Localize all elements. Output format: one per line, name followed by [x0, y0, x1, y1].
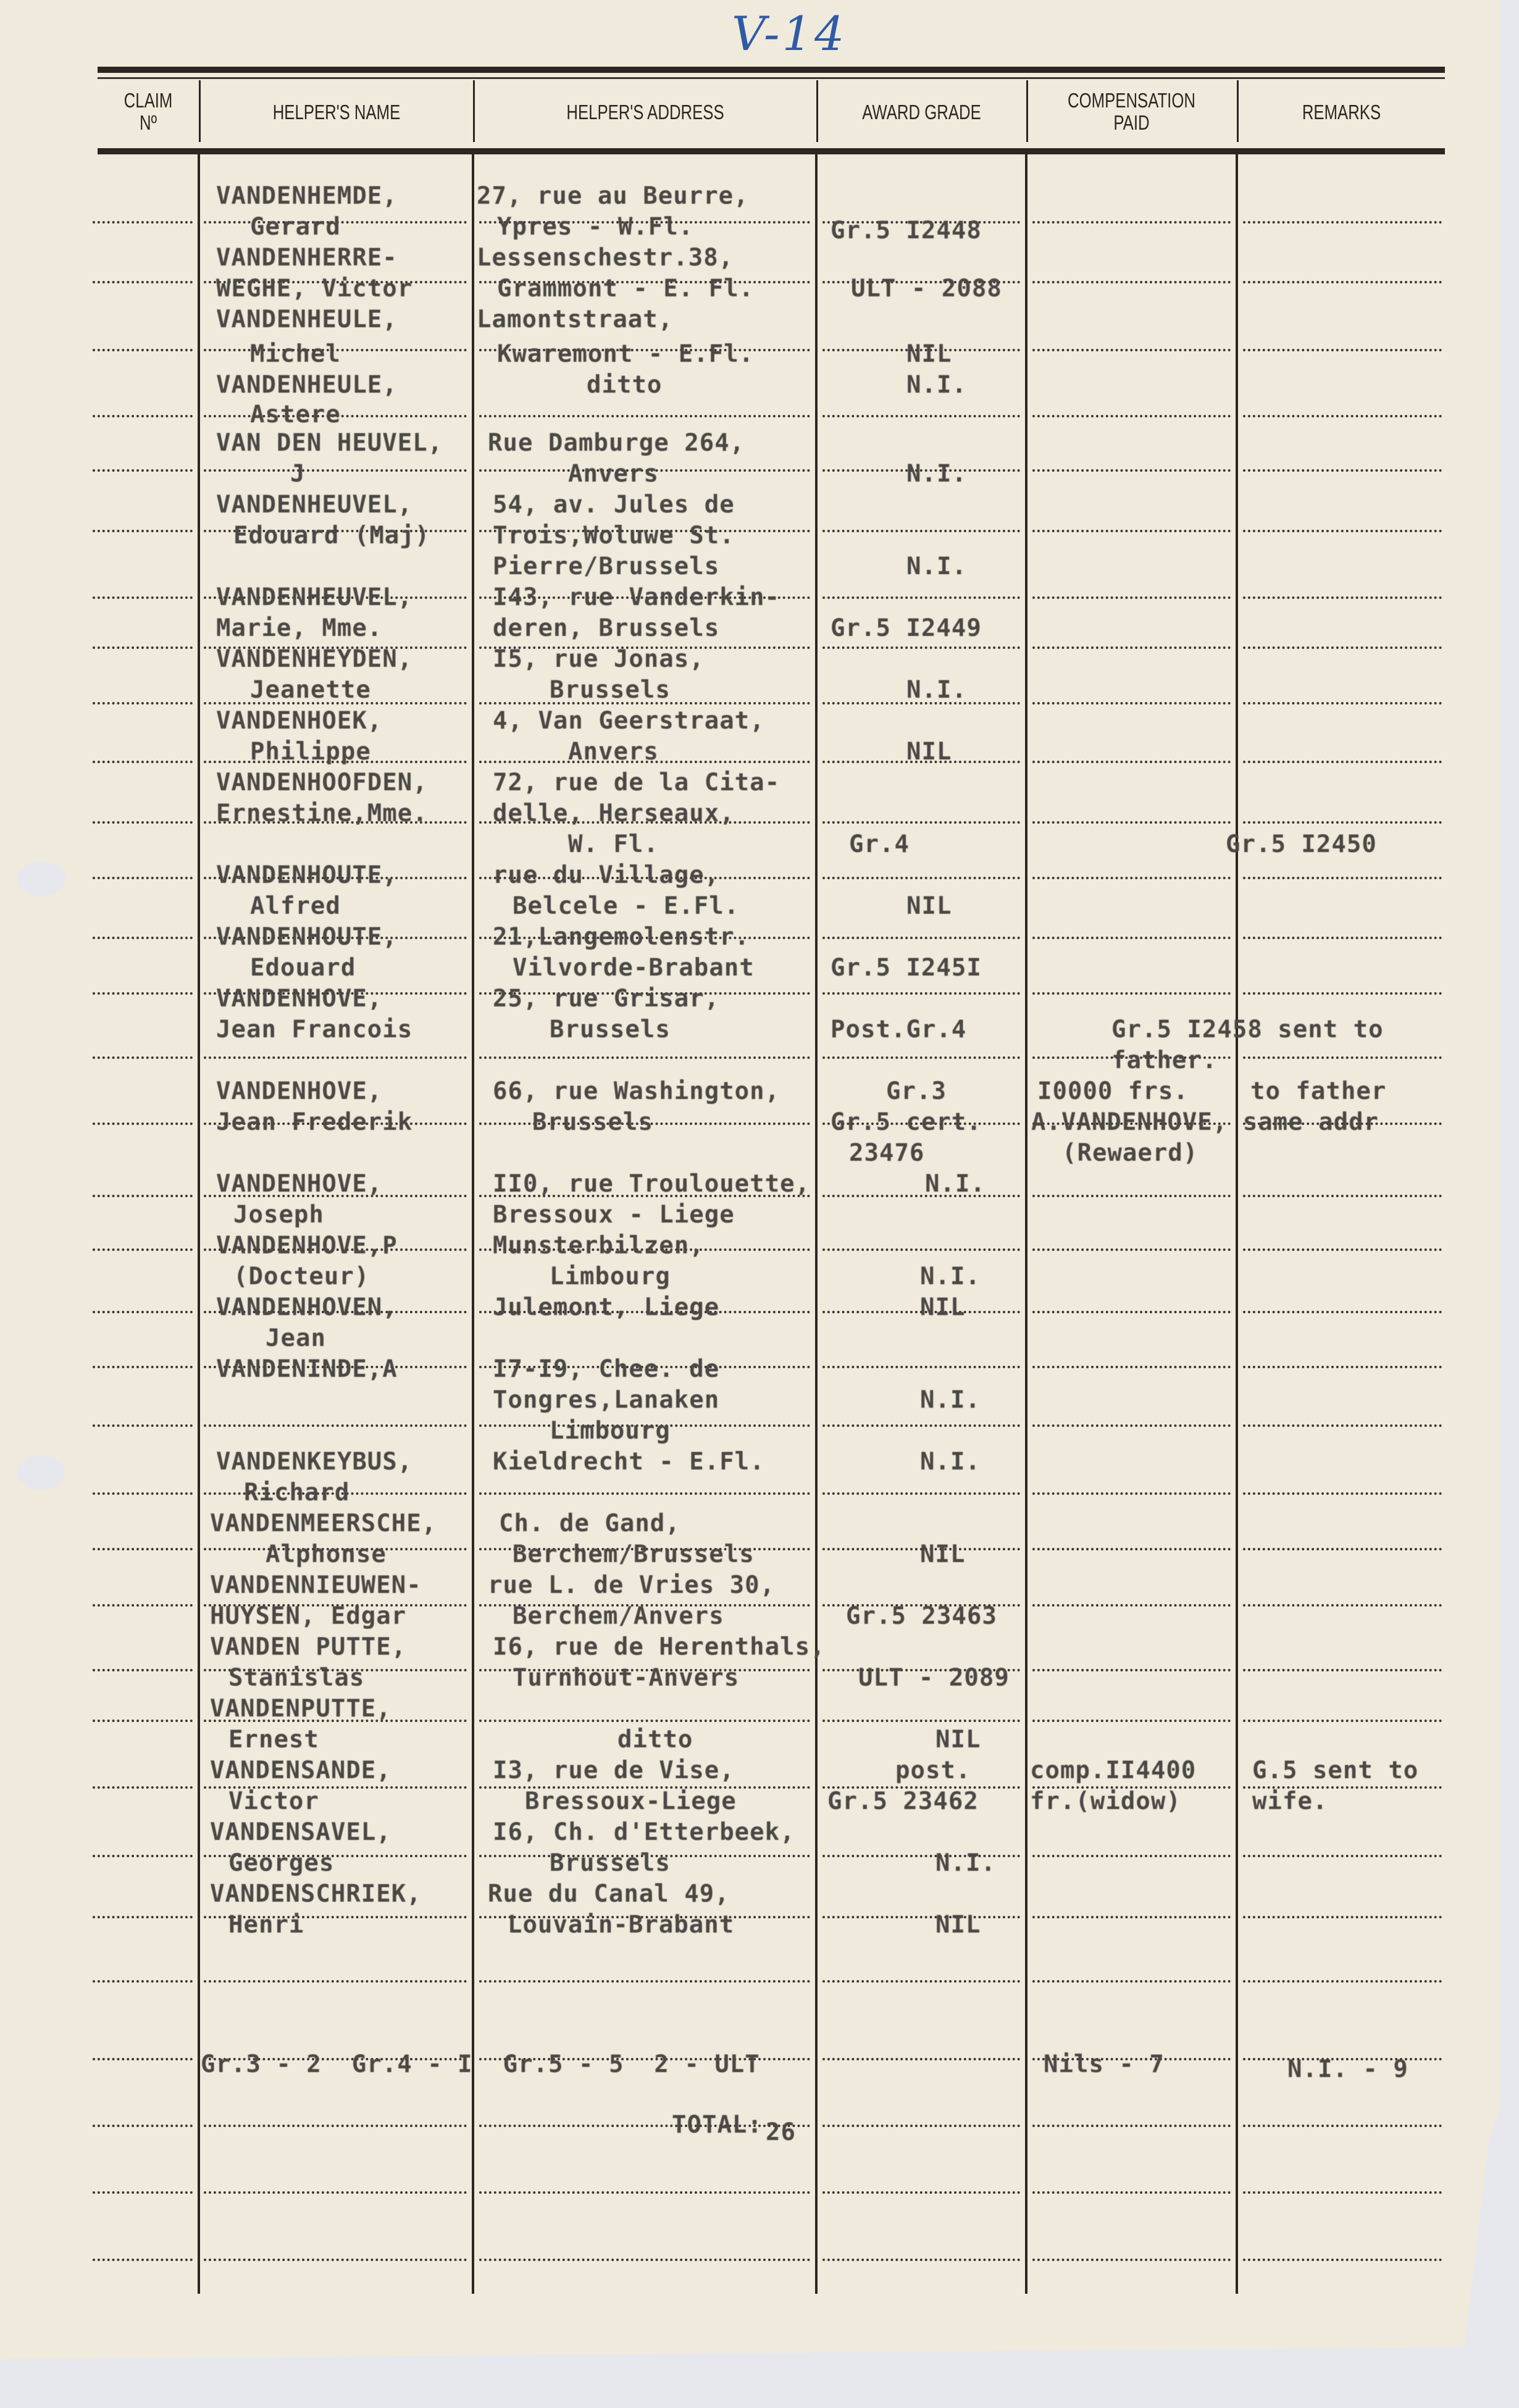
dotted-row-rule — [93, 1855, 193, 1857]
entry-name: Michel — [250, 341, 341, 368]
header-divider — [816, 80, 818, 142]
entry-name: VANDENHEYDEN, — [216, 646, 412, 673]
dotted-row-rule — [93, 1786, 193, 1789]
dotted-row-rule — [1032, 1855, 1231, 1857]
entry-name: Georges — [228, 1850, 334, 1877]
dotted-row-rule — [93, 646, 193, 649]
dotted-row-rule — [93, 2191, 193, 2194]
entry-address: 25, rue Grisar, — [493, 985, 719, 1013]
dotted-row-rule — [822, 646, 1020, 649]
entry-address: Louvain-Brabant — [508, 1912, 734, 1939]
dotted-row-rule — [93, 1195, 193, 1197]
entry-name: VANDENHEULE, — [216, 372, 398, 399]
dotted-row-rule — [479, 2191, 810, 2194]
entry-name: VANDEN PUTTE, — [210, 1634, 406, 1661]
entry-name: Joseph — [233, 1202, 324, 1229]
dotted-row-rule — [1032, 1604, 1231, 1607]
dotted-row-rule — [1032, 1195, 1231, 1197]
entry-remarks: wife. — [1252, 1788, 1328, 1815]
entry-award: Gr.5 cert. — [831, 1109, 982, 1136]
entry-address: Brussels — [550, 1850, 671, 1877]
entry-name: VANDENHOOFDEN, — [216, 769, 428, 796]
dotted-row-rule — [1243, 821, 1442, 824]
dotted-row-rule — [1032, 821, 1231, 824]
entry-address: ditto — [587, 372, 662, 399]
entry-address: II0, rue Troulouette, — [493, 1171, 810, 1198]
dotted-row-rule — [1243, 221, 1442, 224]
dotted-row-rule — [822, 1248, 1020, 1251]
entry-address: I7-I9, Chee. de — [493, 1356, 719, 1383]
entry-address: Ypres - W.Fl. — [497, 214, 693, 241]
column-divider — [1025, 151, 1027, 2294]
dotted-row-rule — [93, 1980, 193, 1983]
entry-address: ditto — [617, 1726, 693, 1754]
dotted-row-rule — [93, 1492, 193, 1495]
entry-award: N.I. — [935, 1850, 996, 1877]
dotted-row-rule — [822, 1980, 1020, 1983]
entry-address: I6, rue de Herenthals, — [493, 1634, 826, 1661]
entry-award: N.I. — [906, 677, 967, 704]
entry-address: Turnhout-Anvers — [513, 1665, 739, 1692]
dotted-row-rule — [204, 2125, 467, 2127]
dotted-row-rule — [1243, 1548, 1442, 1550]
dotted-row-rule — [204, 1424, 467, 1427]
dotted-row-rule — [1032, 1248, 1231, 1251]
dotted-row-rule — [1243, 1056, 1442, 1059]
dotted-row-rule — [93, 877, 193, 879]
dotted-row-rule — [822, 1492, 1020, 1495]
dotted-row-rule — [1243, 281, 1442, 283]
entry-award: 23476 — [849, 1140, 924, 1167]
entry-award: Gr.5 I2449 — [831, 615, 982, 642]
entry-award: ULT - 2089 — [858, 1665, 1010, 1692]
dotted-row-rule — [1243, 1248, 1442, 1251]
dotted-row-rule — [1243, 1424, 1442, 1427]
dotted-row-rule — [1032, 221, 1231, 224]
header-divider — [199, 80, 201, 142]
dotted-row-rule — [1032, 349, 1231, 351]
entry-award: NIL — [935, 1912, 981, 1939]
entry-address: Brussels — [550, 677, 671, 704]
entry-address: 21,Langemolenstr. — [493, 924, 750, 951]
dotted-row-rule — [93, 1720, 193, 1722]
entry-remarks: Gr.5 I2450 — [1226, 831, 1377, 858]
dotted-row-rule — [93, 1604, 193, 1607]
dotted-row-rule — [93, 2058, 193, 2060]
entry-name: VANDENNIEUWEN- — [210, 1572, 422, 1599]
dotted-row-rule — [93, 992, 193, 995]
entry-address: Limbourg — [550, 1418, 671, 1445]
entry-name: Ernest — [228, 1726, 319, 1754]
entry-award: Gr.4 — [849, 831, 910, 858]
dotted-row-rule — [1032, 1916, 1231, 1918]
dotted-row-rule — [93, 2259, 193, 2261]
entry-address: 4, Van Geerstraat, — [493, 708, 765, 735]
entry-name: Jean — [266, 1325, 326, 1352]
dotted-row-rule — [1032, 1366, 1231, 1368]
dotted-row-rule — [1032, 761, 1231, 763]
col-header-compensation-text: COMPENSATION PAID — [1068, 89, 1195, 134]
dotted-row-rule — [1032, 1492, 1231, 1495]
entry-address: Bressoux-Liege — [525, 1788, 737, 1815]
entry-address: 27, rue au Beurre, — [477, 183, 749, 210]
dotted-row-rule — [1243, 992, 1442, 995]
entry-award: Gr.5 23462 — [827, 1788, 979, 1815]
dotted-row-rule — [1243, 415, 1442, 417]
entry-name: VANDENSANDE, — [210, 1757, 391, 1784]
dotted-row-rule — [1243, 761, 1442, 763]
dotted-row-rule — [1243, 469, 1442, 472]
entry-remarks: Gr.5 I2458 sent to — [1111, 1016, 1384, 1043]
dotted-row-rule — [822, 877, 1020, 879]
dotted-row-rule — [822, 1195, 1020, 1197]
entry-name: VANDENHOVE,P — [216, 1232, 398, 1260]
entry-address: Tongres,Lanaken — [493, 1387, 719, 1414]
entry-name: VANDENHEMDE, — [216, 183, 398, 210]
dotted-row-rule — [1243, 1980, 1442, 1983]
entry-award: Gr.5 I245I — [831, 955, 982, 982]
dotted-row-rule — [1032, 530, 1231, 532]
dotted-row-rule — [822, 415, 1020, 417]
dotted-row-rule — [1032, 281, 1231, 283]
col-header-name: HELPER'S NAME — [230, 101, 442, 123]
header-divider — [1237, 80, 1239, 142]
entry-address: Belcele - E.Fl. — [513, 893, 739, 920]
dotted-row-rule — [822, 1366, 1020, 1368]
dotted-row-rule — [1243, 2259, 1442, 2261]
entry-name: Marie, Mme. — [216, 615, 382, 642]
entry-compensation: (Rewaerd) — [1062, 1140, 1198, 1167]
dotted-row-rule — [93, 1669, 193, 1671]
entry-name: Alfred — [250, 893, 341, 920]
dotted-row-rule — [93, 1548, 193, 1550]
dotted-row-rule — [93, 596, 193, 599]
entry-address: rue L. de Vries 30, — [488, 1572, 775, 1599]
entry-address: Berchem/Brussels — [513, 1541, 755, 1568]
entry-name: Jean Francois — [216, 1016, 412, 1043]
total-label: TOTAL: — [672, 2112, 763, 2139]
entry-compensation: A.VANDENHOVE, same addr — [1031, 1109, 1379, 1136]
entry-name: WEGHE, Victor — [216, 275, 412, 303]
entry-award: N.I. — [906, 461, 967, 488]
entry-name: VANDENHOVE, — [216, 1078, 382, 1105]
entry-address: Trois,Woluwe St. — [493, 522, 735, 550]
dotted-row-rule — [93, 1916, 193, 1918]
dotted-row-rule — [822, 2191, 1020, 2194]
dotted-row-rule — [822, 1916, 1020, 1918]
dotted-row-rule — [1243, 1311, 1442, 1313]
dotted-row-rule — [1243, 877, 1442, 879]
entry-name: Gerard — [250, 214, 341, 241]
entry-address: Pierre/Brussels — [493, 553, 719, 580]
dotted-row-rule — [479, 1056, 810, 1059]
dotted-row-rule — [93, 530, 193, 532]
dotted-row-rule — [1243, 1366, 1442, 1368]
entry-award: NIL — [920, 1541, 965, 1568]
dotted-row-rule — [93, 349, 193, 351]
dotted-row-rule — [479, 415, 810, 417]
dotted-row-rule — [1032, 1720, 1231, 1722]
entry-name: HUYSEN, Edgar — [210, 1603, 406, 1630]
col-header-award-grade: AWARD GRADE — [841, 101, 1002, 123]
summary-nils: Nils - 7 — [1044, 2051, 1165, 2078]
dotted-row-rule — [822, 2259, 1020, 2261]
entry-address: Anvers — [568, 461, 659, 488]
dotted-row-rule — [1032, 1311, 1231, 1313]
entry-award: N.I. — [920, 1449, 981, 1476]
summary-ni: N.I. - 9 — [1287, 2056, 1408, 2083]
column-divider — [472, 151, 474, 2294]
column-divider — [1236, 151, 1238, 2294]
dotted-row-rule — [93, 1311, 193, 1313]
entry-remarks: G.5 sent to — [1252, 1757, 1418, 1784]
entry-address: rue du Village, — [493, 862, 719, 889]
entry-address: I6, Ch. d'Etterbeek, — [493, 1819, 795, 1846]
dotted-row-rule — [822, 530, 1020, 532]
dotted-row-rule — [1032, 415, 1231, 417]
dotted-row-rule — [479, 1720, 810, 1722]
entry-name: Philippe — [250, 738, 371, 766]
entry-name: VAN DEN HEUVEL, — [216, 430, 443, 457]
entry-address: Brussels — [550, 1016, 671, 1043]
entry-name: VANDENHOVE, — [216, 1171, 382, 1198]
entry-address: Bressoux - Liege — [493, 1202, 735, 1229]
summary-grade-counts: Gr.3 - 2 Gr.4 - I Gr.5 - 5 2 - ULT — [201, 2051, 760, 2078]
dotted-row-rule — [204, 2191, 467, 2194]
entry-award: N.I. — [925, 1171, 985, 1198]
dotted-row-rule — [93, 1424, 193, 1427]
entry-name: VANDENINDE,A — [216, 1356, 398, 1383]
column-divider — [815, 151, 818, 2294]
page-mark: V-14 — [732, 6, 847, 61]
dotted-row-rule — [822, 596, 1020, 599]
entry-name: Victor — [228, 1788, 319, 1815]
dotted-row-rule — [1243, 349, 1442, 351]
punch-hole — [17, 861, 65, 896]
entry-award: Gr.5 23463 — [846, 1603, 997, 1630]
entry-name: Ernestine,Mme. — [216, 800, 428, 827]
dotted-row-rule — [1243, 2191, 1442, 2194]
dotted-row-rule — [1243, 1720, 1442, 1722]
dotted-row-rule — [1032, 702, 1231, 704]
dotted-row-rule — [479, 2259, 810, 2261]
dotted-row-rule — [93, 281, 193, 283]
entry-address: W. Fl. — [568, 831, 659, 858]
dotted-row-rule — [93, 1248, 193, 1251]
dotted-row-rule — [204, 2259, 467, 2261]
entry-address: Brussels — [532, 1109, 653, 1136]
dotted-row-rule — [1243, 1492, 1442, 1495]
dotted-row-rule — [479, 1492, 810, 1495]
dotted-row-rule — [822, 821, 1020, 824]
entry-name: Stanislas — [228, 1665, 364, 1692]
dotted-row-rule — [1243, 530, 1442, 532]
entry-address: Rue du Canal 49, — [488, 1881, 730, 1908]
dotted-row-rule — [822, 1056, 1020, 1059]
entry-address: 66, rue Washington, — [493, 1078, 780, 1105]
dotted-row-rule — [93, 821, 193, 824]
dotted-row-rule — [204, 1056, 467, 1059]
dotted-row-rule — [822, 1720, 1020, 1722]
header-divider — [1026, 80, 1028, 142]
entry-name: VANDENHOVEN, — [216, 1294, 398, 1321]
entry-name: VANDENHOEK, — [216, 708, 382, 735]
dotted-row-rule — [1032, 646, 1231, 649]
dotted-row-rule — [1243, 1195, 1442, 1197]
dotted-row-rule — [1032, 877, 1231, 879]
entry-name: VANDENHERRE- — [216, 245, 398, 272]
dotted-row-rule — [93, 221, 193, 224]
dotted-row-rule — [93, 761, 193, 763]
entry-award: NIL — [935, 1726, 981, 1754]
col-header-address: HELPER'S ADDRESS — [513, 101, 778, 123]
dotted-row-rule — [204, 1980, 467, 1983]
entry-remarks: father. — [1111, 1047, 1217, 1074]
entry-name: Edouard — [250, 955, 356, 982]
entry-name: Jeanette — [250, 677, 371, 704]
entry-name: VANDENHOUTE, — [216, 862, 398, 889]
entry-address: Limbourg — [550, 1263, 671, 1290]
entry-award: Gr.3 — [886, 1078, 947, 1105]
entry-address: Grammont - E. Fl. — [497, 275, 754, 303]
entry-address: 72, rue de la Cita- — [493, 769, 780, 796]
entry-award: Gr.5 I2448 — [831, 217, 982, 245]
entry-address: Lamontstraat, — [477, 306, 673, 333]
entry-name: Richard — [244, 1479, 349, 1507]
entry-name: Alphonse — [266, 1541, 387, 1568]
entry-award: NIL — [906, 341, 952, 368]
entry-award: N.I. — [906, 372, 967, 399]
entry-name: VANDENKEYBUS, — [216, 1449, 412, 1476]
dotted-row-rule — [1243, 596, 1442, 599]
dotted-row-rule — [1032, 2259, 1231, 2261]
entry-address: Kieldrecht - E.Fl. — [493, 1449, 765, 1476]
entry-award: post. — [895, 1757, 971, 1784]
dotted-row-rule — [93, 1056, 193, 1059]
entry-compensation: I0000 frs. — [1037, 1078, 1189, 1105]
entry-name: VANDENHEUVEL, — [216, 491, 412, 519]
dotted-row-rule — [822, 2125, 1020, 2127]
entry-name: VANDENSCHRIEK, — [210, 1881, 422, 1908]
entry-award: N.I. — [920, 1263, 981, 1290]
dotted-row-rule — [93, 469, 193, 472]
dotted-row-rule — [1243, 937, 1442, 939]
dotted-row-rule — [1243, 1604, 1442, 1607]
entry-award: NIL — [920, 1294, 965, 1321]
dotted-row-rule — [93, 702, 193, 704]
column-divider — [198, 151, 200, 2294]
entry-address: Anvers — [568, 738, 659, 766]
dotted-row-rule — [93, 415, 193, 417]
entry-name: J — [290, 461, 305, 488]
entry-address: Munsterbilzen, — [493, 1232, 705, 1260]
entry-address: Berchem/Anvers — [513, 1603, 724, 1630]
entry-name: VANDENHOVE, — [216, 985, 382, 1013]
entry-address: delle, Herseaux, — [493, 800, 735, 827]
entry-award: N.I. — [906, 553, 967, 580]
entry-compensation: fr.(widow) — [1030, 1788, 1181, 1815]
entry-award: N.I. — [920, 1387, 981, 1414]
entry-address: Julemont, Liege — [493, 1294, 719, 1321]
entry-name: Henri — [228, 1912, 304, 1939]
dotted-row-rule — [1032, 469, 1231, 472]
dotted-row-rule — [1243, 1855, 1442, 1857]
dotted-row-rule — [822, 992, 1020, 995]
dotted-row-rule — [1243, 702, 1442, 704]
entry-name: Astere — [250, 401, 341, 429]
entry-name: VANDENHOUTE, — [216, 924, 398, 951]
entry-address: Lessenschestr.38, — [477, 245, 734, 272]
entry-address: Kwaremont - E.Fl. — [497, 341, 754, 368]
dotted-row-rule — [822, 937, 1020, 939]
col-header-claim-text: CLAIM Nº — [124, 89, 173, 134]
entry-address: Vilvorde-Brabant — [513, 955, 755, 982]
header-bottom-rule — [98, 148, 1445, 154]
dotted-row-rule — [1243, 1916, 1442, 1918]
dotted-row-rule — [93, 1122, 193, 1125]
entry-award: Post.Gr.4 — [831, 1016, 966, 1043]
col-header-compensation: COMPENSATION PAID — [1051, 90, 1212, 134]
header-thin-rule — [98, 77, 1445, 79]
entry-address: I43, rue Vanderkin- — [493, 584, 780, 611]
dotted-row-rule — [822, 2058, 1020, 2060]
header-top-rule — [98, 67, 1445, 73]
entry-name: VANDENSAVEL, — [210, 1819, 391, 1846]
document-page: V-14 CLAIM Nº HELPER'S NAME HELPER'S ADD… — [0, 0, 1500, 2383]
dotted-row-rule — [1032, 1669, 1231, 1671]
entry-award: NIL — [906, 893, 952, 920]
dotted-row-rule — [1243, 646, 1442, 649]
entry-remarks: to father — [1250, 1078, 1386, 1105]
entry-award: ULT - 2088 — [851, 275, 1002, 303]
dotted-row-rule — [1243, 2125, 1442, 2127]
col-header-claim: CLAIM Nº — [110, 90, 187, 134]
entry-address: deren, Brussels — [493, 615, 719, 642]
dotted-row-rule — [1032, 1424, 1231, 1427]
dotted-row-rule — [1032, 2191, 1231, 2194]
entry-award: NIL — [906, 738, 952, 766]
entry-address: Ch. de Gand, — [499, 1510, 680, 1537]
col-header-remarks: REMARKS — [1261, 101, 1422, 123]
dotted-row-rule — [1032, 2125, 1231, 2127]
dotted-row-rule — [1032, 992, 1231, 995]
entry-name: VANDENPUTTE, — [210, 1695, 391, 1723]
dotted-row-rule — [822, 1424, 1020, 1427]
dotted-row-rule — [1243, 1669, 1442, 1671]
punch-hole — [17, 1455, 65, 1490]
dotted-row-rule — [93, 1366, 193, 1368]
entry-address: I3, rue de Vise, — [493, 1757, 735, 1784]
dotted-row-rule — [479, 1980, 810, 1983]
header-divider — [473, 80, 475, 142]
entry-compensation: comp.II4400 — [1030, 1757, 1196, 1784]
dotted-row-rule — [1032, 1980, 1231, 1983]
dotted-row-rule — [93, 2125, 193, 2127]
entry-address: Rue Damburge 264, — [488, 430, 745, 457]
entry-name: VANDENHEUVEL, — [216, 584, 412, 611]
dotted-row-rule — [93, 937, 193, 939]
entry-name: VANDENMEERSCHE, — [210, 1510, 437, 1537]
dotted-row-rule — [204, 469, 467, 472]
total-value: 26 — [766, 2119, 796, 2146]
entry-address: I5, rue Jonas, — [493, 646, 705, 673]
dotted-row-rule — [1032, 937, 1231, 939]
entry-name: (Docteur) — [233, 1263, 369, 1290]
entry-name: VANDENHEULE, — [216, 306, 398, 333]
entry-name: Jean Frederik — [216, 1109, 412, 1136]
dotted-row-rule — [1032, 1548, 1231, 1550]
entry-address: 54, av. Jules de — [493, 491, 735, 519]
